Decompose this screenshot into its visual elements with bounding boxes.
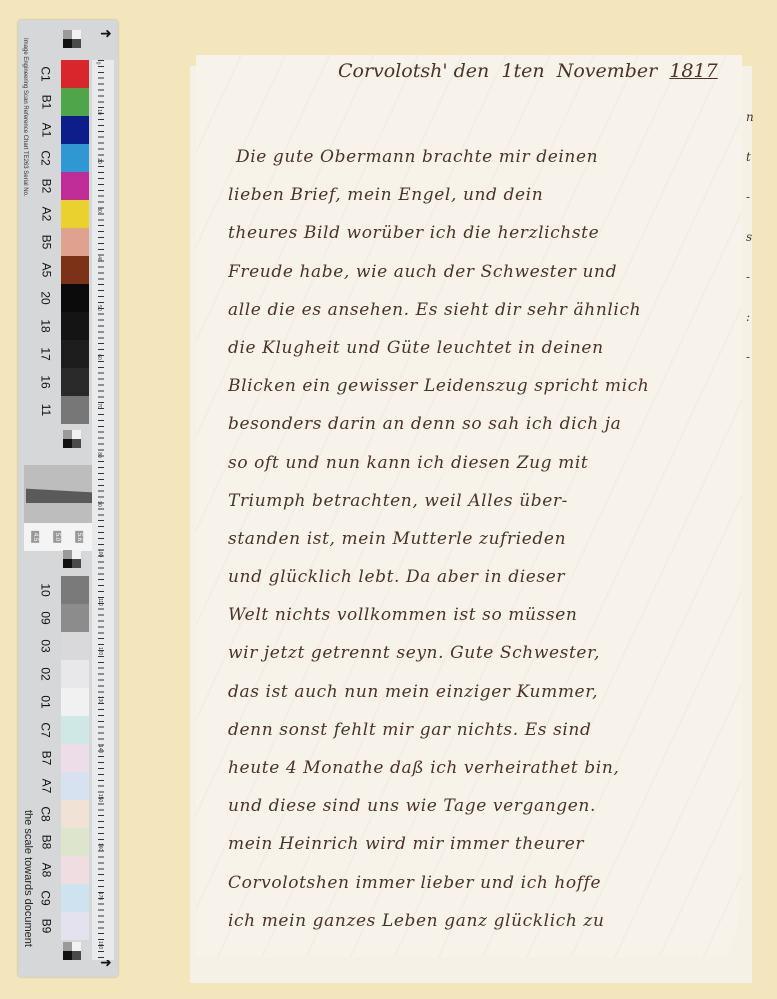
letter-line: besonders darin an denn so sah ich dich … bbox=[228, 405, 748, 443]
ruler-mm-label: 100 bbox=[97, 549, 103, 557]
color-patch: C8 bbox=[61, 800, 89, 828]
color-patch: B7 bbox=[61, 744, 89, 772]
color-patch-label: 11 bbox=[39, 404, 53, 416]
color-patch: C9 bbox=[61, 884, 89, 912]
color-patch-label: A1 bbox=[39, 123, 53, 138]
color-patch-label: 20 bbox=[39, 291, 53, 304]
color-patches-upper: C1B1A1C2B2A2B5A52018171611 bbox=[61, 60, 89, 424]
color-patch: 09 bbox=[61, 604, 89, 632]
letter-line: das ist auch nun mein einziger Kummer, bbox=[228, 673, 748, 711]
color-patch: 02 bbox=[61, 660, 89, 688]
ruler-mm-label: 160 bbox=[97, 843, 103, 851]
color-patch: 03 bbox=[61, 632, 89, 660]
letter-dateline: Corvolotsh' den 1ten November 1817 bbox=[338, 60, 738, 96]
ruler-mm-label: 110 bbox=[97, 598, 103, 606]
color-patch-label: B2 bbox=[39, 179, 53, 194]
letter-line: die Klugheit und Güte leuchtet in deinen bbox=[228, 329, 748, 367]
ruler-mm-label: 30 bbox=[96, 207, 102, 213]
color-patch-label: 17 bbox=[39, 347, 53, 360]
letter-line: und diese sind uns wie Tage vergangen. bbox=[228, 787, 748, 825]
margin-mark: - bbox=[746, 190, 750, 204]
ruler-mm-label: 130 bbox=[97, 696, 103, 704]
letter-line: Triumph betrachten, weil Alles über- bbox=[228, 482, 748, 520]
letter-month: November bbox=[557, 60, 658, 82]
ruler-mm-label: 40 bbox=[96, 256, 102, 262]
color-patch: 18 bbox=[61, 312, 89, 340]
letter-line: alle die es ansehen. Es sieht dir sehr ä… bbox=[228, 291, 748, 329]
color-patch: A5 bbox=[61, 256, 89, 284]
margin-mark: : bbox=[746, 310, 750, 324]
color-patch-label: B5 bbox=[39, 235, 53, 250]
ruler-mm-label: 0 bbox=[94, 62, 100, 65]
color-patch: A1 bbox=[61, 116, 89, 144]
ruler-mm-label: 60 bbox=[96, 354, 102, 360]
color-patch: C2 bbox=[61, 144, 89, 172]
margin-mark: - bbox=[746, 270, 750, 284]
checker-target-lower bbox=[63, 550, 81, 568]
color-patch-label: C2 bbox=[39, 150, 53, 165]
color-patch: B2 bbox=[61, 172, 89, 200]
ruler-mm-label: 20 bbox=[96, 158, 102, 164]
letter-line: theures Bild worüber ich die herzlichste bbox=[228, 214, 748, 252]
color-patch-label: 10 bbox=[39, 583, 53, 596]
color-patch-label: B8 bbox=[39, 835, 53, 850]
color-patch: B1 bbox=[61, 88, 89, 116]
color-patch: 16 bbox=[61, 368, 89, 396]
ruler-mm-label: 50 bbox=[96, 305, 102, 311]
color-patch-label: C1 bbox=[39, 66, 53, 81]
color-patch: 01 bbox=[61, 688, 89, 716]
color-patch-label: C9 bbox=[39, 890, 53, 905]
letter-year: 1817 bbox=[669, 60, 717, 82]
letter-line: wir jetzt getrennt seyn. Gute Schwester, bbox=[228, 634, 748, 672]
color-patches-lower: 1009030201C7B7A7C8B8A8C9B9 bbox=[61, 576, 89, 940]
ruler-mm-label: 170 bbox=[97, 892, 103, 900]
letter-day: 1ten bbox=[501, 60, 544, 82]
color-patch-label: 18 bbox=[39, 319, 53, 332]
color-patch-label: 09 bbox=[39, 611, 53, 624]
letter-line: Blicken ein gewisser Leidenszug spricht … bbox=[228, 367, 748, 405]
letter-line: ich mein ganzes Leben ganz glücklich zu bbox=[228, 902, 748, 940]
color-patch: 11 bbox=[61, 396, 89, 424]
checker-target-bottom bbox=[63, 942, 81, 960]
ruler-mm-label: 180 bbox=[97, 941, 103, 949]
checker-target-mid bbox=[63, 430, 81, 448]
margin-mark: t bbox=[746, 150, 751, 164]
wedge-value: 5.6 bbox=[75, 531, 83, 543]
color-patch: B9 bbox=[61, 912, 89, 940]
color-patch-label: A2 bbox=[39, 207, 53, 222]
margin-mark: n bbox=[746, 110, 754, 124]
color-patch: 20 bbox=[61, 284, 89, 312]
color-patch-label: 02 bbox=[39, 667, 53, 680]
letter-line: so oft und nun kann ich diesen Zug mit bbox=[228, 444, 748, 482]
mm-ruler: 0102030405060708090100110120130140150160… bbox=[92, 60, 114, 960]
color-patch-label: A5 bbox=[39, 263, 53, 278]
ruler-mm-label: 90 bbox=[96, 501, 102, 507]
color-patch: C1 bbox=[61, 60, 89, 88]
letter-body: Die gute Obermann brachte mir deinenlieb… bbox=[228, 138, 748, 940]
letter-line: Corvolotshen immer lieber und ich hoffe bbox=[228, 864, 748, 902]
color-patch-label: A8 bbox=[39, 863, 53, 878]
arrow-right-icon: ➜ bbox=[100, 26, 112, 42]
chart-side-text: Image Engineering Scan Reference Chart T… bbox=[20, 38, 30, 197]
color-patch: 10 bbox=[61, 576, 89, 604]
color-patch: C7 bbox=[61, 716, 89, 744]
chart-bottom-text: the scale towards document bbox=[22, 810, 34, 947]
color-patch: B5 bbox=[61, 228, 89, 256]
color-patch: 17 bbox=[61, 340, 89, 368]
color-patch: A7 bbox=[61, 772, 89, 800]
color-patch: A2 bbox=[61, 200, 89, 228]
letter-line: standen ist, mein Mutterle zufrieden bbox=[228, 520, 748, 558]
ruler-mm-label: 140 bbox=[97, 745, 103, 753]
ruler-mm-label: 120 bbox=[97, 647, 103, 655]
letter-line: denn sonst fehlt mir gar nichts. Es sind bbox=[228, 711, 748, 749]
color-patch-label: 16 bbox=[39, 375, 53, 388]
ruler-mm-label: 10 bbox=[96, 109, 102, 115]
letter-line: mein Heinrich wird mir immer theurer bbox=[228, 825, 748, 863]
ruler-mm-label: 150 bbox=[97, 794, 103, 802]
color-patch-label: A7 bbox=[39, 779, 53, 794]
color-patch-label: B9 bbox=[39, 919, 53, 934]
letter-line: lieben Brief, mein Engel, und dein bbox=[228, 176, 748, 214]
letter-line: heute 4 Monathe daß ich verheirathet bin… bbox=[228, 749, 748, 787]
color-calibration-chart: Image Engineering Scan Reference Chart T… bbox=[18, 20, 118, 977]
color-patch: B8 bbox=[61, 828, 89, 856]
color-patch-label: C7 bbox=[39, 722, 53, 737]
color-patch-label: B1 bbox=[39, 95, 53, 110]
margin-mark: - bbox=[746, 350, 750, 364]
margin-mark: s bbox=[746, 230, 752, 244]
ruler-mm-label: 80 bbox=[96, 452, 102, 458]
color-patch-label: B7 bbox=[39, 751, 53, 766]
letter-line: Freude habe, wie auch der Schwester und bbox=[228, 253, 748, 291]
ruler-mm-label: 70 bbox=[96, 403, 102, 409]
color-patch-label: 01 bbox=[39, 695, 53, 708]
wedge-value: 4.5 bbox=[31, 531, 39, 543]
color-patch-label: 03 bbox=[39, 639, 53, 652]
checker-target-top bbox=[63, 30, 81, 48]
color-patch: A8 bbox=[61, 856, 89, 884]
color-patch-label: C8 bbox=[39, 806, 53, 821]
wedge-value: 5.0 bbox=[53, 531, 61, 543]
letter-place: Corvolotsh' den bbox=[338, 60, 489, 82]
letter-line: Welt nichts vollkommen ist so müssen bbox=[228, 596, 748, 634]
letter-line: Die gute Obermann brachte mir deinen bbox=[228, 138, 748, 176]
letter-line: und glücklich lebt. Da aber in dieser bbox=[228, 558, 748, 596]
